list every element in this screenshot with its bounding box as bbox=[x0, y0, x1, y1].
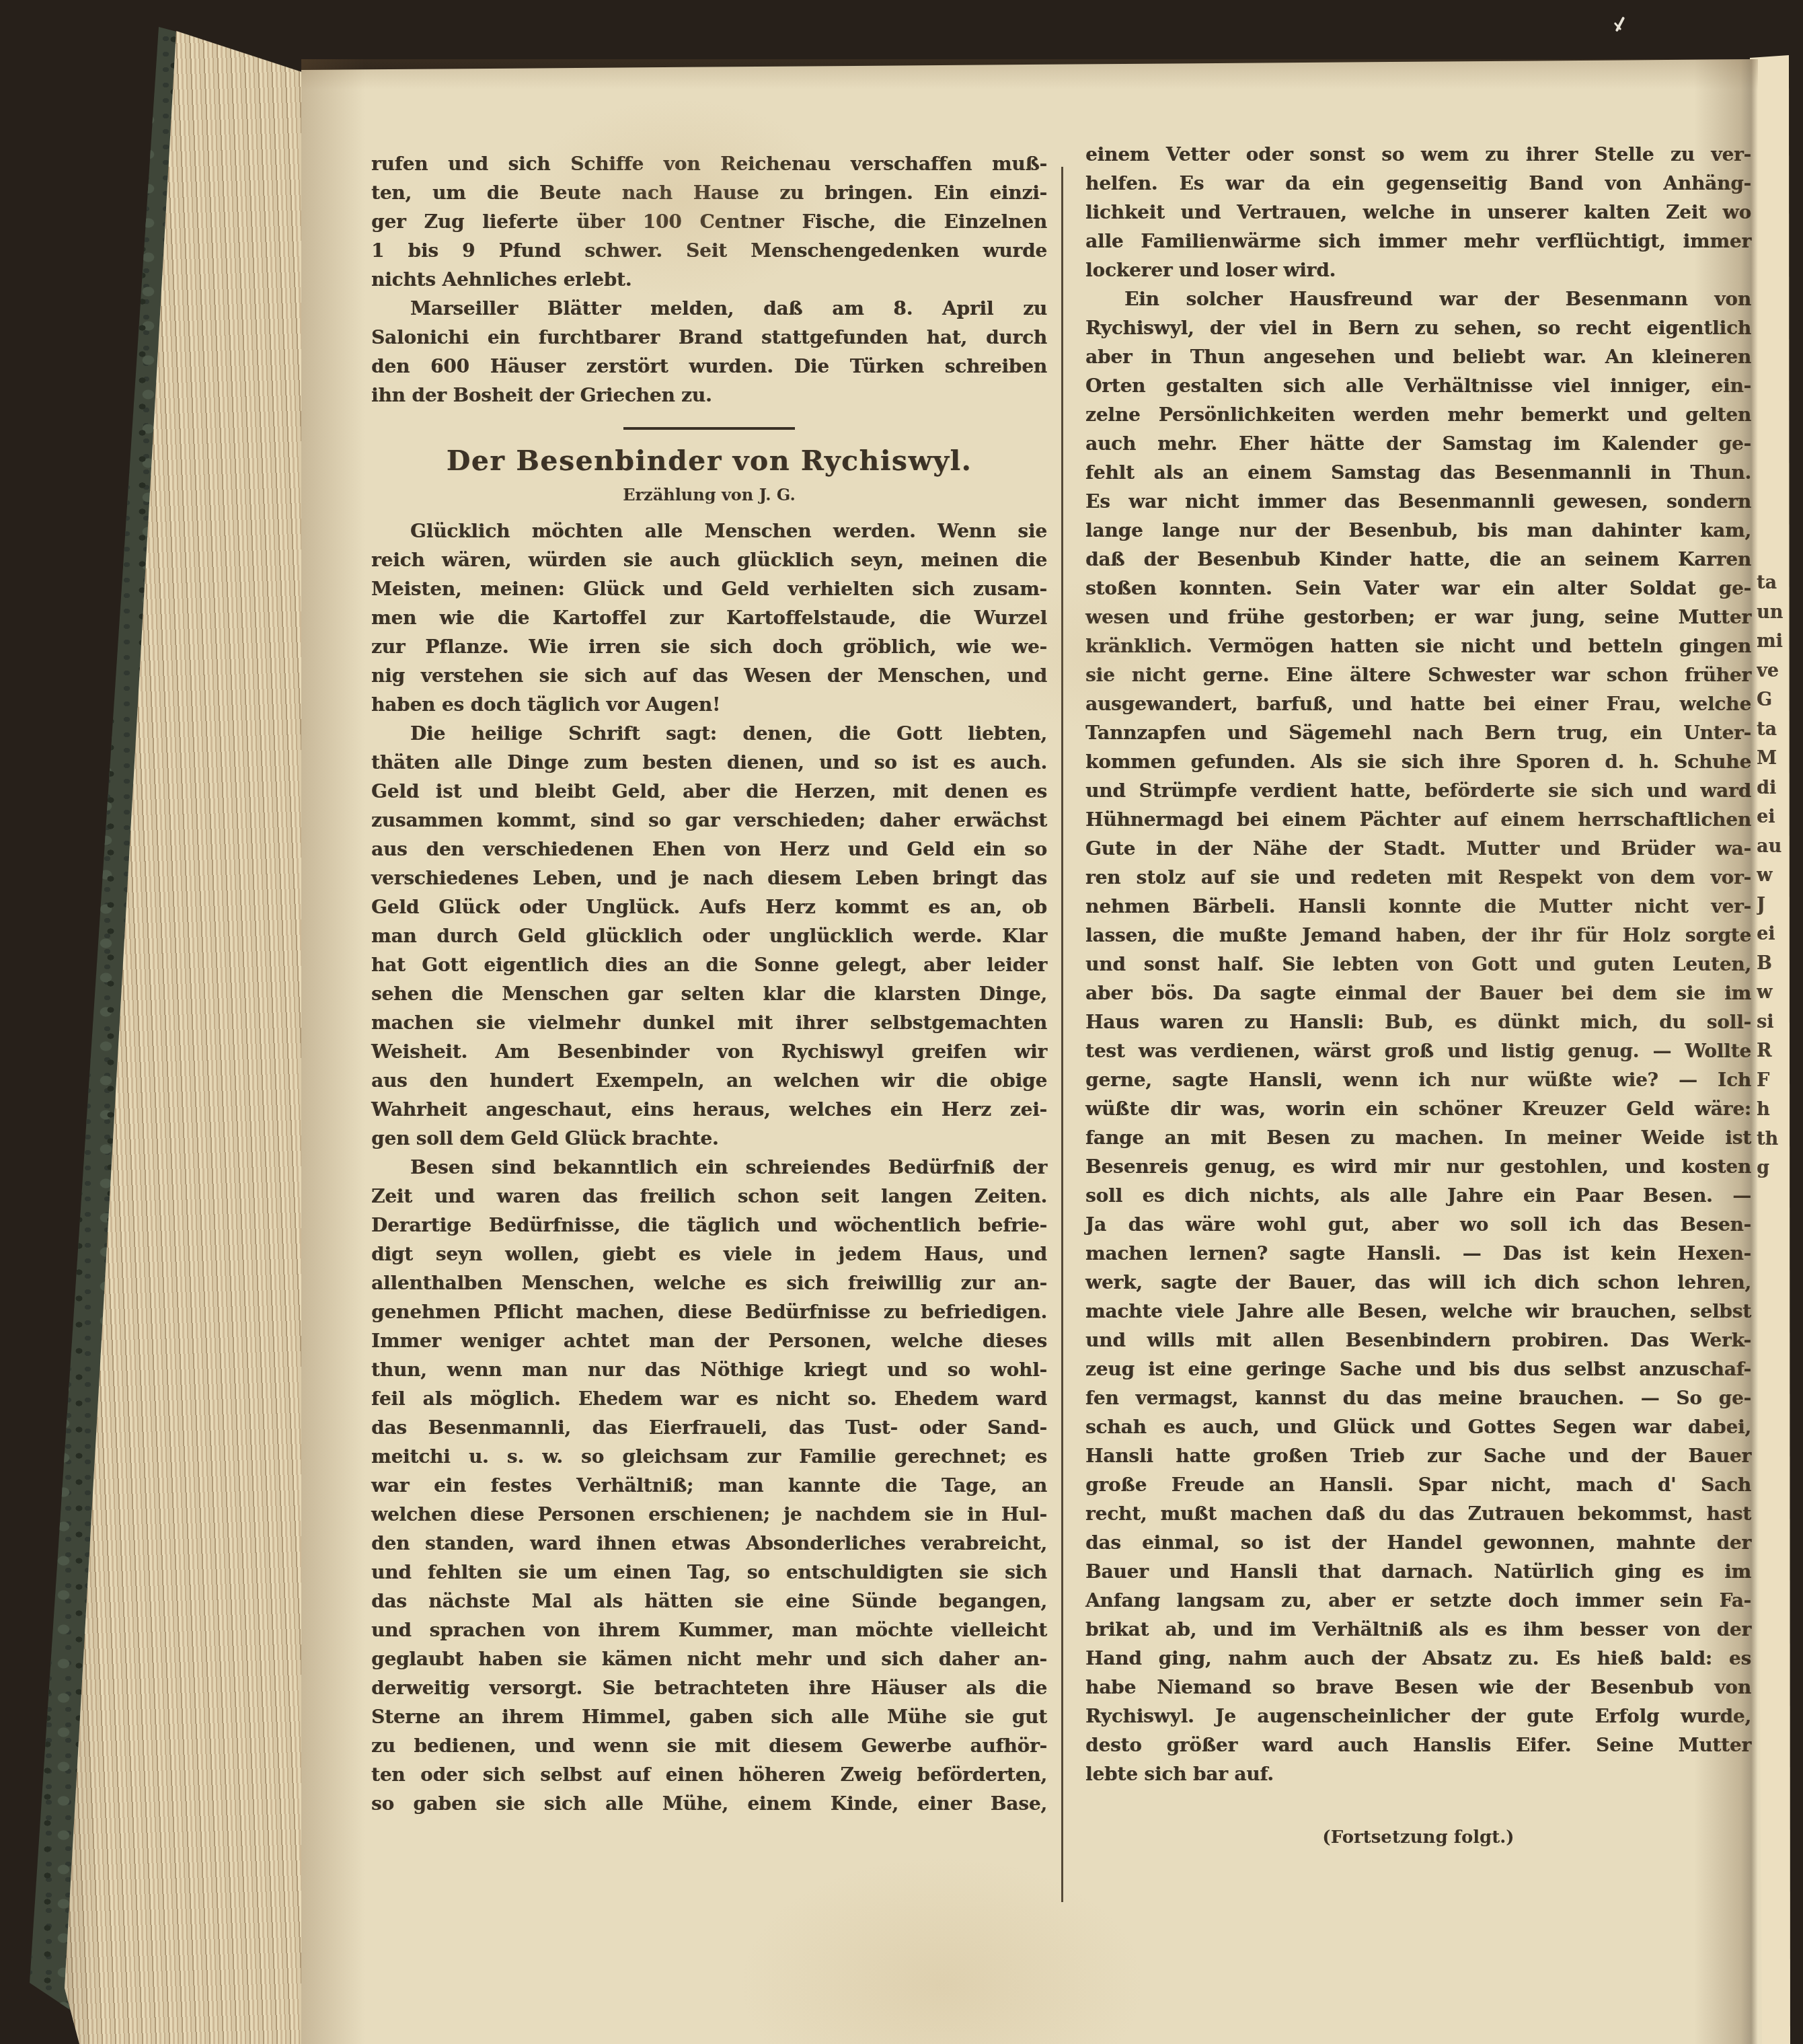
text-line: sie nicht gerne. Eine ältere Schwester w… bbox=[1085, 660, 1751, 689]
text-line: Ein solcher Hausfreund war der Besenmann… bbox=[1085, 285, 1751, 313]
text-line: und sprachen von ihrem Kummer, man möcht… bbox=[371, 1616, 1047, 1644]
text-line: werk, sagte der Bauer, das will ich dich… bbox=[1085, 1268, 1751, 1297]
text-line: und Strümpfe verdient hatte, beförderte … bbox=[1085, 776, 1751, 805]
text-fragment: w bbox=[1757, 978, 1793, 1008]
text-line: Orten gestalten sich alle Verhältnisse v… bbox=[1085, 371, 1751, 400]
text-line: aber bös. Da sagte einmal der Bauer bei … bbox=[1085, 979, 1751, 1008]
text-line: test was verdienen, wärst groß und listi… bbox=[1085, 1036, 1751, 1065]
text-line: lassen, die mußte Jemand haben, der ihr … bbox=[1085, 921, 1751, 950]
text-fragment: mi bbox=[1757, 627, 1793, 656]
text-line: sehen die Menschen gar selten klar die k… bbox=[371, 979, 1047, 1008]
text-line: den 600 Häuser zerstört wurden. Die Türk… bbox=[371, 352, 1047, 381]
text-line: ihn der Bosheit der Griechen zu. bbox=[371, 381, 1047, 410]
text-line: soll es dich nichts, als alle Jahre ein … bbox=[1085, 1181, 1751, 1210]
text-line: allenthalben Menschen, welche es sich fr… bbox=[371, 1269, 1047, 1297]
text-line: einem Vetter oder sonst so wem zu ihrer … bbox=[1085, 140, 1751, 169]
text-line: Geld ist und bleibt Geld, aber die Herze… bbox=[371, 777, 1047, 806]
text-line: ten oder sich selbst auf einen höheren Z… bbox=[371, 1760, 1047, 1789]
text-line: man durch Geld glücklich oder unglücklic… bbox=[371, 921, 1047, 950]
text-line: zusammen kommt, sind so gar verschieden;… bbox=[371, 806, 1047, 835]
continuation-note: (Fortsetzung folgt.) bbox=[1085, 1827, 1751, 1848]
text-line: Wahrheit angeschaut, eins heraus, welche… bbox=[371, 1095, 1047, 1124]
text-fragment: g bbox=[1757, 1153, 1793, 1183]
text-line: Weisheit. Am Besenbinder von Rychiswyl g… bbox=[371, 1037, 1047, 1066]
text-line: Glücklich möchten alle Menschen werden. … bbox=[371, 517, 1047, 545]
text-line: Gute in der Nähe der Stadt. Mutter und B… bbox=[1085, 834, 1751, 863]
text-line: brikat ab, und im Verhältniß als es ihm … bbox=[1085, 1615, 1751, 1644]
text-line: Rychiswyl. Je augenscheinlicher der gute… bbox=[1085, 1702, 1751, 1731]
section-divider bbox=[623, 427, 795, 430]
text-line: lockerer und loser wird. bbox=[1085, 256, 1751, 285]
text-line: zu bedienen, und wenn sie mit diesem Gew… bbox=[371, 1731, 1047, 1760]
text-line: Besenreis genug, es wird mir nur gestohl… bbox=[1085, 1152, 1751, 1181]
text-fragment: ei bbox=[1757, 919, 1793, 949]
text-line: genehmen Pflicht machen, diese Bedürfnis… bbox=[371, 1297, 1047, 1326]
right-text-column: einem Vetter oder sonst so wem zu ihrer … bbox=[1085, 140, 1751, 1848]
text-fragment: M bbox=[1757, 744, 1793, 773]
text-line: derweitig versorgt. Sie betrachteten ihr… bbox=[371, 1673, 1047, 1702]
text-line: thun, wenn man nur das Nöthige kriegt un… bbox=[371, 1355, 1047, 1384]
text-fragment: B bbox=[1757, 949, 1793, 979]
text-line: aber in Thun angesehen und beliebt war. … bbox=[1085, 342, 1751, 371]
text-line: auch mehr. Eher hätte der Samstag im Kal… bbox=[1085, 429, 1751, 458]
text-fragment: R bbox=[1757, 1036, 1793, 1066]
text-line: fehlt als an einem Samstag das Besenmann… bbox=[1085, 458, 1751, 487]
text-line: gerne, sagte Hansli, wenn ich nur wüßte … bbox=[1085, 1065, 1751, 1094]
text-line: lebte sich bar auf. bbox=[1085, 1759, 1751, 1788]
text-line: haben es doch täglich vor Augen! bbox=[371, 690, 1047, 719]
text-line: digt seyn wollen, giebt es viele in jede… bbox=[371, 1240, 1047, 1269]
text-line: Hansli hatte großen Trieb zur Sache und … bbox=[1085, 1441, 1751, 1470]
text-line: so gaben sie sich alle Mühe, einem Kinde… bbox=[371, 1789, 1047, 1818]
text-line: und fehlten sie um einen Tag, so entschu… bbox=[371, 1558, 1047, 1587]
text-line: verschiedenes Leben, und je nach diesem … bbox=[371, 864, 1047, 893]
text-line: Die heilige Schrift sagt: denen, die Got… bbox=[371, 719, 1047, 748]
text-line: aus den hundert Exempeln, an welchen wir… bbox=[371, 1066, 1047, 1095]
text-line: Immer weniger achtet man der Personen, w… bbox=[371, 1326, 1047, 1355]
text-line: Hand ging, nahm auch der Absatz zu. Es h… bbox=[1085, 1644, 1751, 1673]
text-line: kommen gefunden. Als sie sich ihre Spore… bbox=[1085, 747, 1751, 776]
text-line: und wills mit allen Besenbindern probire… bbox=[1085, 1326, 1751, 1355]
text-line: nehmen Bärbeli. Hansli konnte die Mutter… bbox=[1085, 892, 1751, 921]
text-fragment: ta bbox=[1757, 715, 1793, 745]
text-line: reich wären, würden sie auch glücklich s… bbox=[371, 545, 1047, 574]
text-line: daß der Besenbub Kinder hatte, die an se… bbox=[1085, 545, 1751, 574]
text-line: machte viele Jahre alle Besen, welche wi… bbox=[1085, 1297, 1751, 1326]
text-line: und sonst half. Sie lebten von Gott und … bbox=[1085, 950, 1751, 979]
text-line: Es war nicht immer das Besenmannli gewes… bbox=[1085, 487, 1751, 516]
text-fragment: F bbox=[1757, 1066, 1793, 1096]
text-line: Zeit und waren das freilich schon seit l… bbox=[371, 1182, 1047, 1211]
text-line: Haus waren zu Hansli: Bub, es dünkt mich… bbox=[1085, 1008, 1751, 1036]
text-line: den standen, ward ihnen etwas Absonderli… bbox=[371, 1529, 1047, 1558]
article-subtitle: Erzählung von J. G. bbox=[371, 485, 1047, 504]
text-fragment: ei bbox=[1757, 802, 1793, 832]
text-line: nichts Aehnliches erlebt. bbox=[371, 265, 1047, 294]
text-line: helfen. Es war da ein gegenseitig Band v… bbox=[1085, 169, 1751, 198]
text-line: schah es auch, und Glück und Gottes Sege… bbox=[1085, 1412, 1751, 1441]
text-line: ger Zug lieferte über 100 Centner Fische… bbox=[371, 207, 1047, 236]
text-fragment: di bbox=[1757, 773, 1793, 803]
text-line: fange an mit Besen zu machen. In meiner … bbox=[1085, 1123, 1751, 1152]
text-line: Derartige Bedürfnisse, die täglich und w… bbox=[371, 1211, 1047, 1240]
text-line: zur Pflanze. Wie irren sie sich doch grö… bbox=[371, 632, 1047, 661]
text-line: ausgewandert, barfuß, und hatte bei eine… bbox=[1085, 689, 1751, 718]
text-line: welchen diese Personen erschienen; je na… bbox=[371, 1500, 1047, 1529]
column-divider-rule bbox=[1061, 167, 1063, 1902]
text-line: war ein festes Verhältniß; man kannte di… bbox=[371, 1471, 1047, 1500]
text-line: machen sie vielmehr dunkel mit ihrer sel… bbox=[371, 1008, 1047, 1037]
text-line: Besen sind bekanntlich ein schreiendes B… bbox=[371, 1153, 1047, 1182]
text-fragment: w bbox=[1757, 861, 1793, 891]
text-line: ren stolz auf sie und redeten mit Respek… bbox=[1085, 863, 1751, 892]
text-fragment: th bbox=[1757, 1125, 1793, 1154]
text-fragment: J bbox=[1757, 891, 1793, 920]
text-line: Ja das wäre wohl gut, aber wo soll ich d… bbox=[1085, 1210, 1751, 1239]
text-fragment: ve bbox=[1757, 656, 1793, 686]
text-line: habe Niemand so brave Besen wie der Bese… bbox=[1085, 1673, 1751, 1702]
text-line: feil als möglich. Ehedem war es nicht so… bbox=[371, 1384, 1047, 1413]
text-line: Anfang langsam zu, aber er setzte doch i… bbox=[1085, 1586, 1751, 1615]
text-line: Salonichi ein furchtbarer Brand stattgef… bbox=[371, 323, 1047, 352]
text-line: Marseiller Blätter melden, daß am 8. Apr… bbox=[371, 294, 1047, 323]
text-fragment: si bbox=[1757, 1008, 1793, 1037]
left-text-column: rufen und sich Schiffe von Reichenau ver… bbox=[371, 149, 1047, 1818]
text-line: geglaubt haben sie kämen nicht mehr und … bbox=[371, 1644, 1047, 1673]
text-line: ten, um die Beute nach Hause zu bringen.… bbox=[371, 178, 1047, 207]
text-line: Bauer und Hansli that darnach. Natürlich… bbox=[1085, 1557, 1751, 1586]
text-line: fen vermagst, kannst du das meine brauch… bbox=[1085, 1384, 1751, 1412]
text-line: zelne Persönlichkeiten werden mehr bemer… bbox=[1085, 400, 1751, 429]
text-line: men wie die Kartoffel zur Kartoffelstaud… bbox=[371, 603, 1047, 632]
text-line: das nächste Mal als hätten sie eine Sünd… bbox=[371, 1587, 1047, 1616]
next-page-text-fragments: taunmiveGtaMdieiauwJeiBwsiRFhthg bbox=[1757, 568, 1793, 1194]
text-line: recht, mußt machen daß du das Zutrauen b… bbox=[1085, 1499, 1751, 1528]
article-title: Der Besenbinder von Rychiswyl. bbox=[371, 445, 1047, 477]
text-fragment: h bbox=[1757, 1095, 1793, 1125]
text-line: 1 bis 9 Pfund schwer. Seit Menschengeden… bbox=[371, 236, 1047, 265]
text-line: zeug ist eine geringe Sache und bis dus … bbox=[1085, 1355, 1751, 1384]
text-line: desto größer ward auch Hanslis Eifer. Se… bbox=[1085, 1731, 1751, 1759]
text-line: Geld Glück oder Unglück. Aufs Herz kommt… bbox=[371, 893, 1047, 921]
text-fragment: ta bbox=[1757, 568, 1793, 598]
text-line: das Besenmannli, das Eierfraueli, das Tu… bbox=[371, 1413, 1047, 1442]
text-line: thäten alle Dinge zum besten dienen, und… bbox=[371, 748, 1047, 777]
text-line: wesen und frühe gestorben; er war jung, … bbox=[1085, 603, 1751, 632]
text-fragment: au bbox=[1757, 832, 1793, 862]
text-line: große Freude an Hansli. Spar nicht, mach… bbox=[1085, 1470, 1751, 1499]
text-line: Meisten, meinen: Glück und Geld verhielt… bbox=[371, 574, 1047, 603]
text-line: lange lange nur der Besenbub, bis man da… bbox=[1085, 516, 1751, 545]
text-line: wüßte dir was, worin ein schöner Kreuzer… bbox=[1085, 1094, 1751, 1123]
text-line: rufen und sich Schiffe von Reichenau ver… bbox=[371, 149, 1047, 178]
text-line: Hühnermagd bei einem Pächter auf einem h… bbox=[1085, 805, 1751, 834]
text-fragment: un bbox=[1757, 598, 1793, 628]
text-line: kränklich. Vermögen hatten sie nicht und… bbox=[1085, 632, 1751, 660]
text-line: alle Familienwärme sich immer mehr verfl… bbox=[1085, 227, 1751, 256]
text-line: Tannzapfen und Sägemehl nach Bern trug, … bbox=[1085, 718, 1751, 747]
text-line: aus den verschiedenen Ehen von Herz und … bbox=[371, 835, 1047, 864]
text-line: hat Gott eigentlich dies an die Sonne ge… bbox=[371, 950, 1047, 979]
text-line: gen soll dem Geld Glück brachte. bbox=[371, 1124, 1047, 1153]
text-line: stoßen konnten. Sein Vater war ein alter… bbox=[1085, 574, 1751, 603]
text-line: das einmal, so ist der Handel gewonnen, … bbox=[1085, 1528, 1751, 1557]
text-line: nig verstehen sie sich auf das Wesen der… bbox=[371, 661, 1047, 690]
text-line: lichkeit und Vertrauen, welche in unsere… bbox=[1085, 198, 1751, 227]
scratch-mark bbox=[1611, 15, 1629, 35]
text-fragment: G bbox=[1757, 685, 1793, 715]
text-line: machen lernen? sagte Hansli. — Das ist k… bbox=[1085, 1239, 1751, 1268]
text-line: meitchi u. s. w. so gleichsam zur Famili… bbox=[371, 1442, 1047, 1471]
text-line: Sterne an ihrem Himmel, gaben sich alle … bbox=[371, 1702, 1047, 1731]
text-line: Rychiswyl, der viel in Bern zu sehen, so… bbox=[1085, 313, 1751, 342]
